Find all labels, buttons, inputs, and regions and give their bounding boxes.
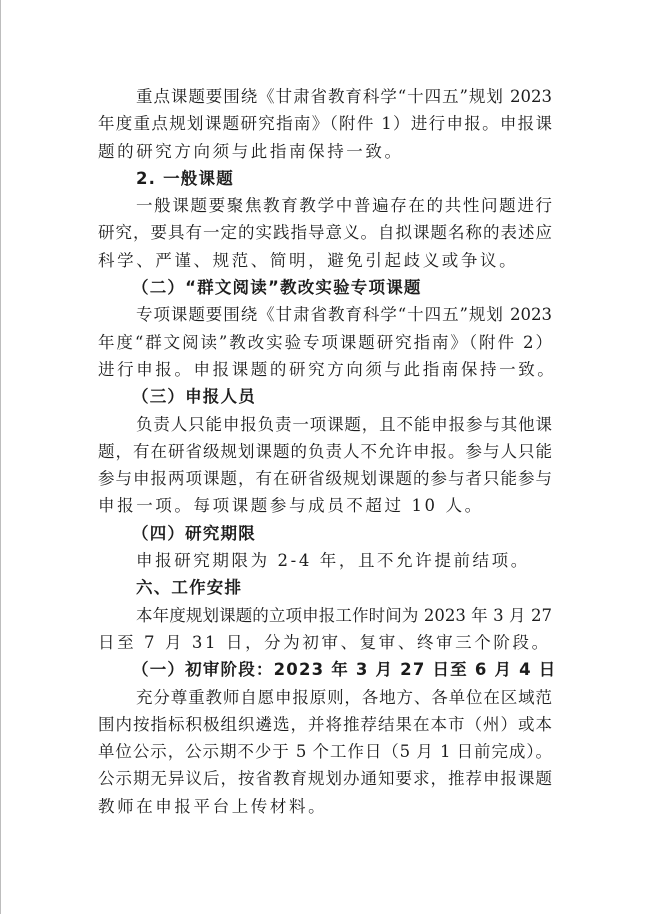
section-heading-group-reading: （二）“群文阅读”教改实验专项课题 bbox=[98, 274, 552, 301]
paragraph-line: 充分尊重教师自愿申报原则，各地方、各单位在区域范 bbox=[98, 684, 552, 711]
paragraph-line: 参与申报两项课题，有在研省级规划课题的参与者只能参与 bbox=[98, 465, 552, 492]
paragraph-line: 一般课题要聚焦教育教学中普遍存在的共性问题进行 bbox=[98, 192, 552, 219]
paragraph-line: 负责人只能申报负责一项课题，且不能申报参与其他课 bbox=[98, 411, 552, 438]
paragraph-line: 年度“群文阅读”教改实验专项课题研究指南》（附件 2） bbox=[98, 329, 552, 356]
section-heading-applicants: （三）申报人员 bbox=[98, 383, 552, 410]
paragraph-line: 专项课题要围绕《甘肃省教育科学“十四五”规划 2023 bbox=[98, 301, 552, 328]
paragraph-line: 研究，要具有一定的实践指导意义。自拟课题名称的表述应 bbox=[98, 219, 552, 246]
paragraph-line: 题的研究方向须与此指南保持一致。 bbox=[98, 138, 552, 165]
paragraph-line: 题，有在研省级规划课题的负责人不允许申报。参与人只能 bbox=[98, 438, 552, 465]
paragraph-line: 教师在申报平台上传材料。 bbox=[98, 793, 552, 820]
paragraph-line: 进行申报。申报课题的研究方向须与此指南保持一致。 bbox=[98, 356, 552, 383]
document-page: 重点课题要围绕《甘肃省教育科学“十四五”规划 2023 年度重点规划课题研究指南… bbox=[98, 83, 552, 820]
paragraph-line: 本年度规划课题的立项申报工作时间为 2023 年 3 月 27 bbox=[98, 602, 552, 629]
section-heading-work-arrangement: 六、工作安排 bbox=[98, 574, 552, 601]
page-edge-line bbox=[0, 0, 1, 914]
paragraph-line: 围内按指标积极组织遴选，并将推荐结果在本市（州）或本 bbox=[98, 711, 552, 738]
paragraph-line: 单位公示，公示期不少于 5 个工作日（5 月 1 日前完成）。 bbox=[98, 738, 552, 765]
paragraph-line: 科学、严谨、规范、简明，避免引起歧义或争议。 bbox=[98, 247, 552, 274]
section-heading-research-period: （四）研究期限 bbox=[98, 520, 552, 547]
paragraph-line: 申报一项。每项课题参与成员不超过 10 人。 bbox=[98, 492, 552, 519]
paragraph-line: 年度重点规划课题研究指南》（附件 1）进行申报。申报课 bbox=[98, 110, 552, 137]
paragraph-line: 公示期无异议后，按省教育规划办通知要求，推荐申报课题 bbox=[98, 765, 552, 792]
paragraph-line: 日至 7 月 31 日，分为初审、复审、终审三个阶段。 bbox=[98, 629, 552, 656]
section-heading-general-topics: 2. 一般课题 bbox=[98, 165, 552, 192]
paragraph-line: 申报研究期限为 2-4 年，且不允许提前结项。 bbox=[98, 547, 552, 574]
paragraph-line: 重点课题要围绕《甘肃省教育科学“十四五”规划 2023 bbox=[98, 83, 552, 110]
section-heading-preliminary-review: （一）初审阶段：2023 年 3 月 27 日至 6 月 4 日 bbox=[98, 656, 552, 683]
